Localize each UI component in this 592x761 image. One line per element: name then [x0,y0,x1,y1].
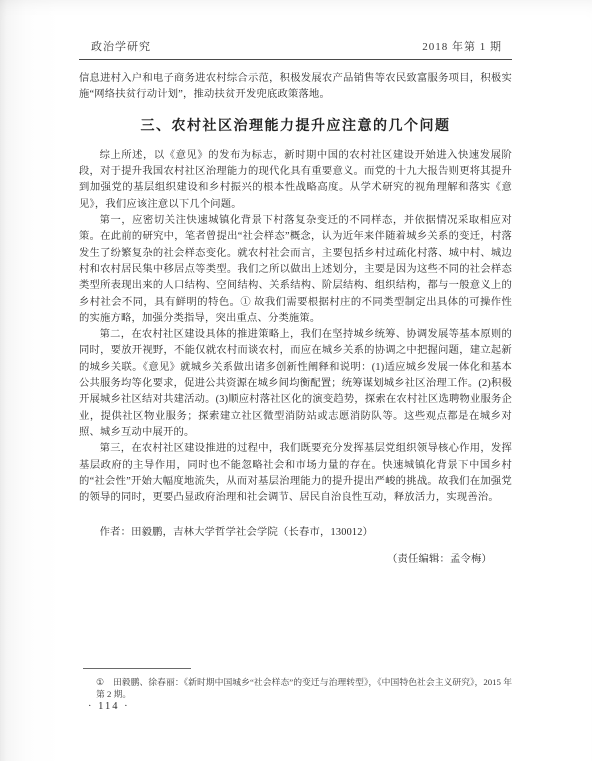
footnote-separator [83,668,191,669]
issue-label: 2018 年第 1 期 [422,38,502,54]
journal-title: 政治学研究 [91,38,151,54]
paragraph-summary: 综上所述，以《意见》的发布为标志，新时期中国的农村社区建设开始进入快速发展阶段，… [79,148,512,213]
intro-continuation-paragraph: 信息进村入户和电子商务进农村综合示范，积极发展农产品销售等农民致富服务项目，积极… [79,71,512,104]
paragraph-point-one: 第一，应密切关注快速城镇化背景下村落复杂变迁的不同样态，并依据情况采取相应对策。… [79,213,512,327]
article-body: 信息进村入户和电子商务进农村综合示范，积极发展农产品销售等农民致富服务项目，积极… [79,71,512,568]
header-rule [79,59,512,60]
footnote-text: 田毅鹏、徐春丽：《新时期中国城乡“社会样态”的变迁与治理转型》，《中国特色社会主… [96,677,512,699]
author-line: 作者：田毅鹏，吉林大学哲学社会学院（长春市，130012） [79,525,512,541]
footnote: ①田毅鹏、徐春丽：《新时期中国城乡“社会样态”的变迁与治理转型》，《中国特色社会… [79,676,512,700]
footnote-block: ①田毅鹏、徐春丽：《新时期中国城乡“社会样态”的变迁与治理转型》，《中国特色社会… [79,668,512,700]
page-content: 政治学研究 2018 年第 1 期 信息进村入户和电子商务进农村综合示范，积极发… [79,38,512,568]
section-heading: 三、农村社区治理能力提升应注意的几个问题 [79,119,512,135]
paragraph-point-two: 第二，在农村社区建设具体的推进策略上，我们在坚持城乡统筹、协调发展等基本原则的同… [79,327,512,441]
editor-line: （责任编辑：孟令梅） [79,552,512,568]
running-header: 政治学研究 2018 年第 1 期 [79,38,512,54]
footnote-marker: ① [96,677,104,687]
paragraph-point-three: 第三，在农村社区建设推进的过程中，我们既要充分发挥基层党组织领导核心作用，发挥基… [79,441,512,506]
journal-page: 政治学研究 2018 年第 1 期 信息进村入户和电子商务进农村综合示范，积极发… [0,0,592,761]
page-number: · 114 · [88,701,130,712]
